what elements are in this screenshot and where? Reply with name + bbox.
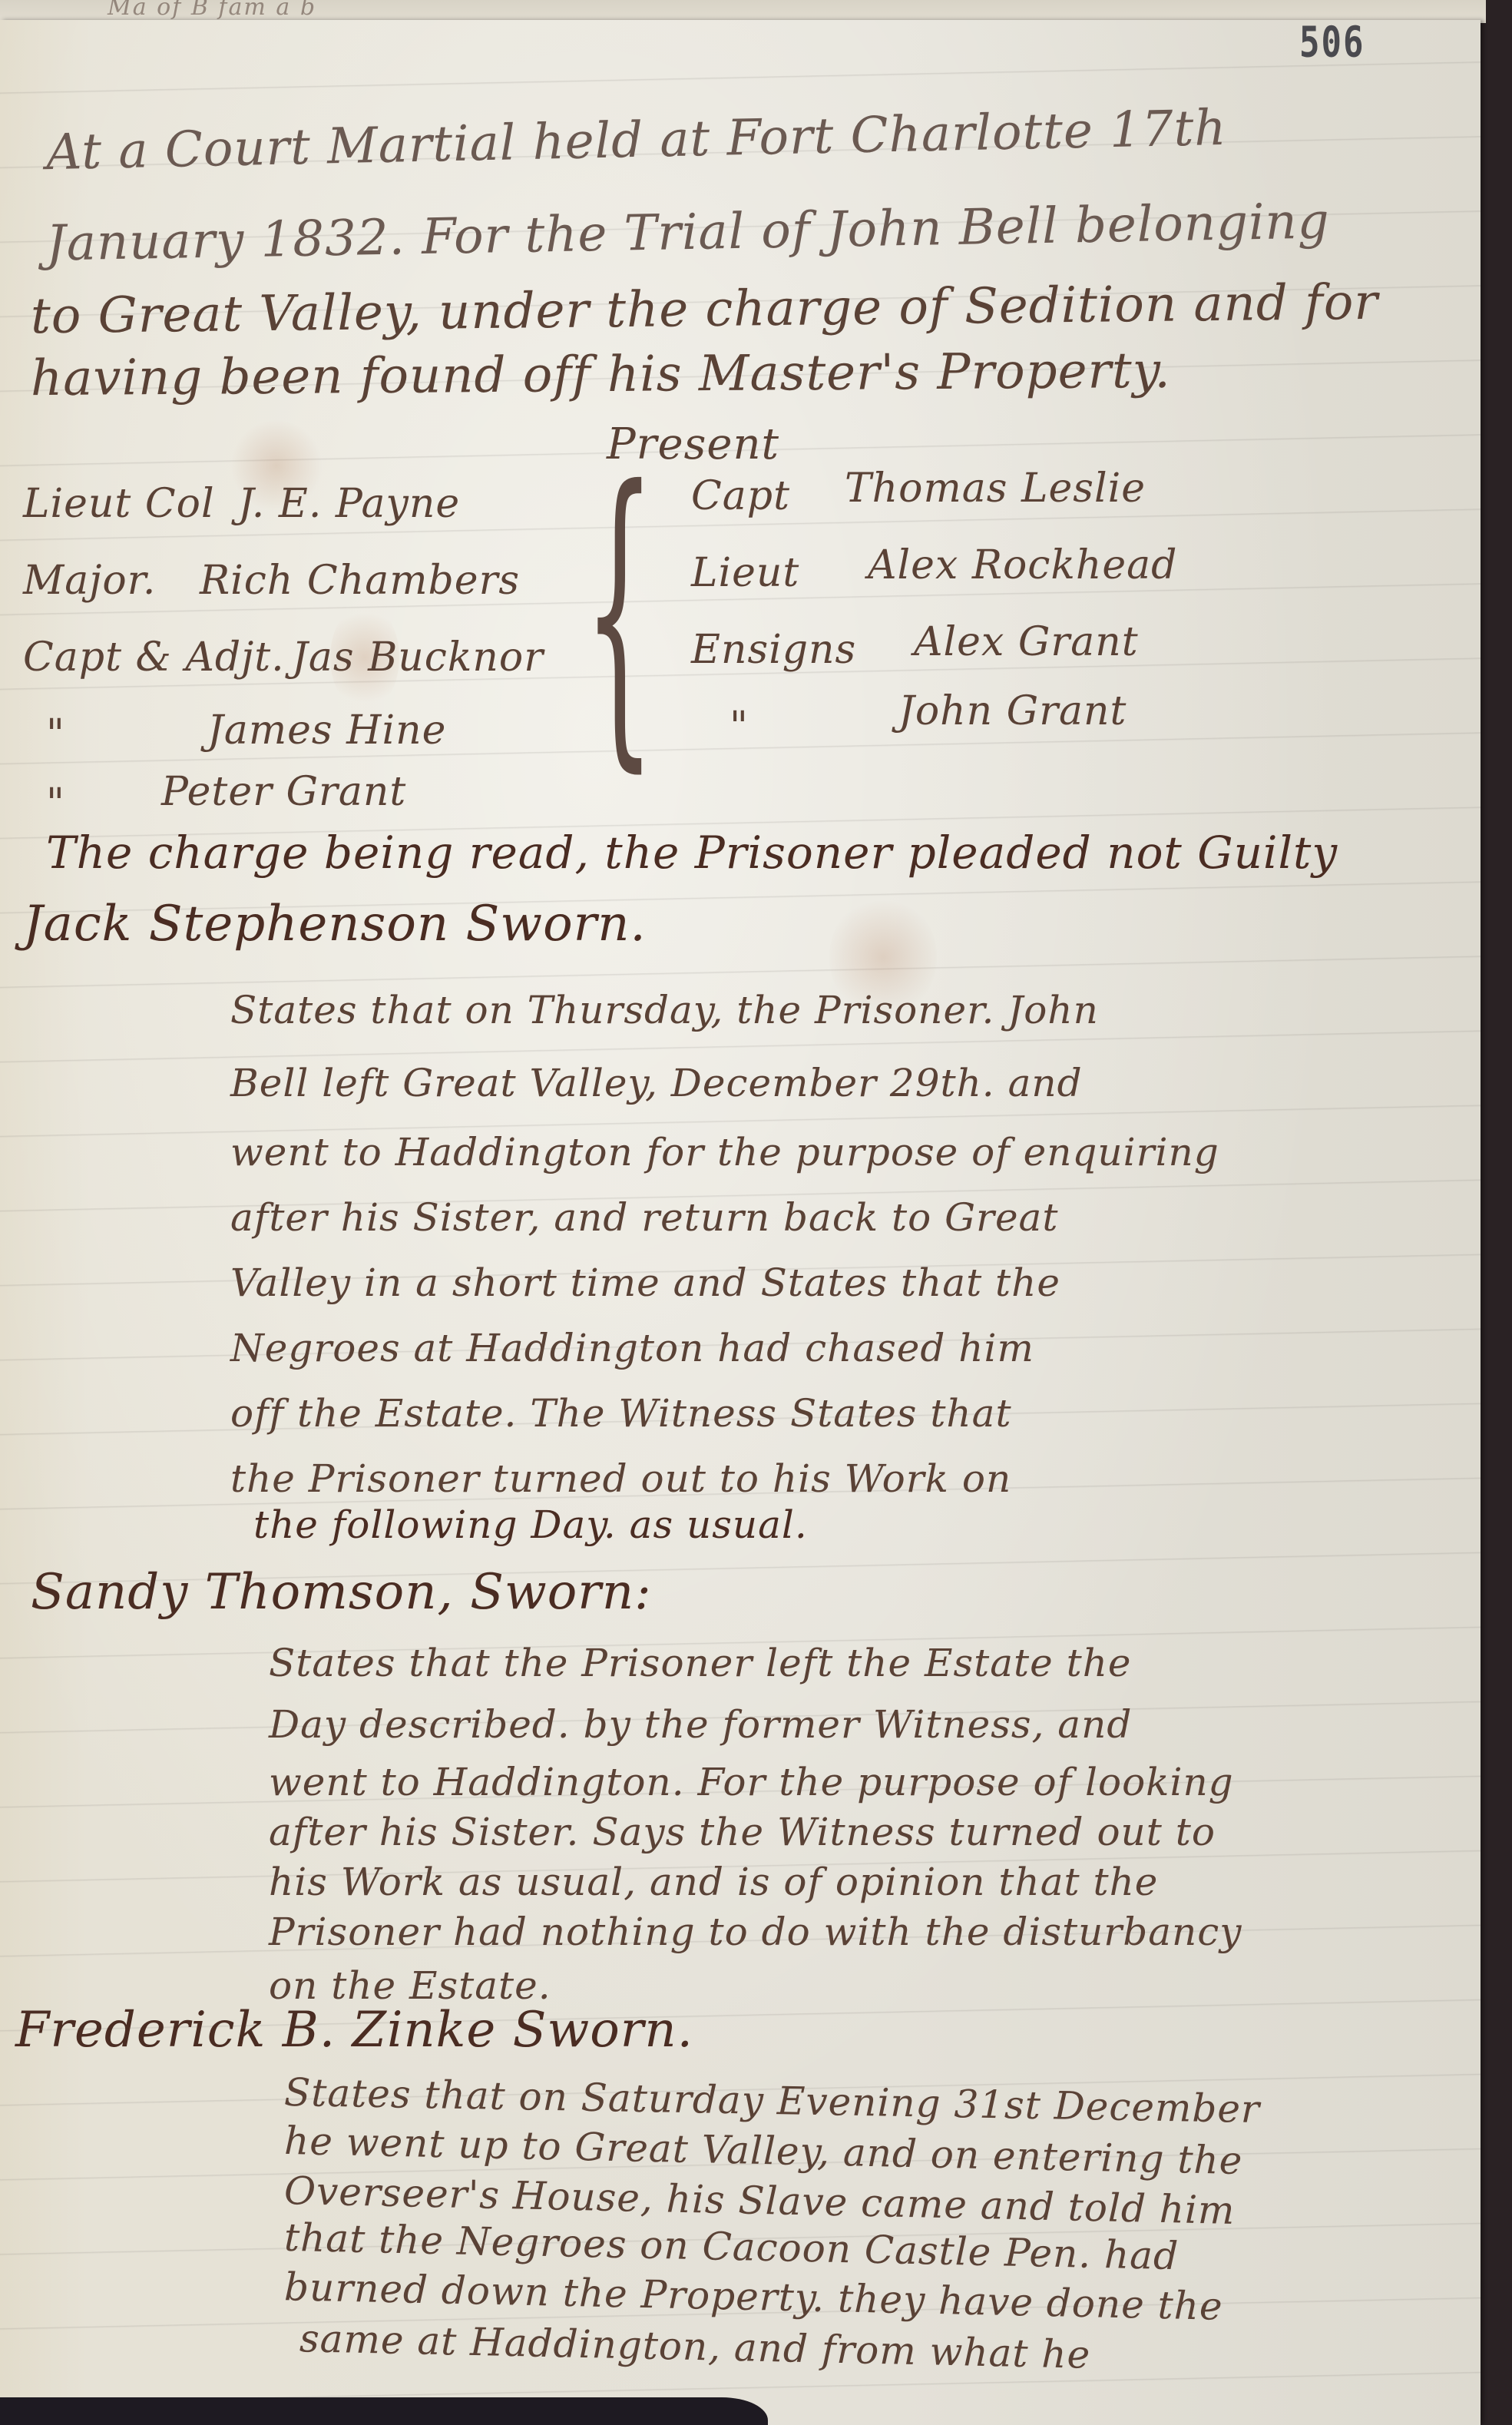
testimony-line: States that on Thursday, the Prisoner. J… <box>230 988 1099 1032</box>
testimony-line: States that the Prisoner left the Estate… <box>269 1641 1132 1685</box>
testimony-line: Bell left Great Valley, December 29th. a… <box>230 1061 1083 1105</box>
binding-shadow <box>0 2397 768 2425</box>
testimony-line: went to Haddington for the purpose of en… <box>230 1130 1219 1174</box>
testimony-line: after his Sister. Says the Witness turne… <box>269 1810 1216 1854</box>
testimony-line: off the Estate. The Witness States that <box>230 1391 1012 1436</box>
testimony-line: Valley in a short time and States that t… <box>230 1261 1060 1305</box>
manuscript-page: 506 At a Court Martial held at Fort Char… <box>0 20 1481 2425</box>
heading-line: January 1832. For the Trial of John Bell… <box>45 193 1330 272</box>
testimony-line: Day described. by the former Witness, an… <box>269 1702 1132 1747</box>
member-rank: " <box>46 711 65 757</box>
heading-line: having been found off his Master's Prope… <box>31 343 1171 407</box>
member-name: J. E. Payne <box>238 481 460 527</box>
member-name: Alex Grant <box>914 619 1139 665</box>
heading-line: At a Court Martial held at Fort Charlott… <box>45 100 1227 181</box>
member-name: Alex Rockhead <box>868 542 1177 588</box>
member-rank: Major. <box>23 558 156 604</box>
member-rank: Lieut <box>691 550 799 596</box>
testimony-line: same at Haddington, and from what he <box>299 2316 1091 2377</box>
testimony-line: after his Sister, and return back to Gre… <box>230 1195 1058 1240</box>
underlying-sheet-text: Ma of B fam a b <box>108 0 316 21</box>
member-rank: " <box>46 780 65 827</box>
testimony-line: the Prisoner turned out to his Work on <box>230 1456 1011 1501</box>
member-name: John Grant <box>898 688 1127 734</box>
plea-line: The charge being read, the Prisoner plea… <box>46 827 1338 879</box>
witness-name: Jack Stephenson Sworn. <box>23 896 647 952</box>
testimony-line: the following Day. as usual. <box>253 1502 808 1547</box>
folio-number: 506 <box>1299 18 1365 68</box>
witness-name: Frederick B. Zinke Sworn. <box>15 2002 693 2059</box>
testimony-line: Negroes at Haddington had chased him <box>230 1326 1034 1370</box>
heading-line: to Great Valley, under the charge of Sed… <box>31 274 1379 345</box>
member-name: James Hine <box>207 707 446 754</box>
member-name: Rich Chambers <box>200 558 520 604</box>
witness-name: Sandy Thomson, Sworn: <box>31 1564 652 1621</box>
manuscript-photo: Ma of B fam a b 506 At a Court Martial h… <box>0 0 1512 2425</box>
member-name: Jas Bucknor <box>292 634 544 681</box>
testimony-line: Prisoner had nothing to do with the dist… <box>269 1910 1242 1954</box>
testimony-line: went to Haddington. For the purpose of l… <box>269 1760 1234 1804</box>
testimony-line: his Work as usual, and is of opinion tha… <box>269 1860 1158 1904</box>
member-rank: Ensigns <box>691 627 856 673</box>
member-rank: Lieut Col <box>23 481 215 527</box>
roster-brace-icon: { <box>584 450 656 773</box>
member-rank: Capt <box>691 473 790 519</box>
member-name: Peter Grant <box>161 769 406 815</box>
member-rank: Capt & Adjt. <box>23 634 285 681</box>
member-name: Thomas Leslie <box>845 465 1146 512</box>
member-rank: " <box>730 704 749 750</box>
